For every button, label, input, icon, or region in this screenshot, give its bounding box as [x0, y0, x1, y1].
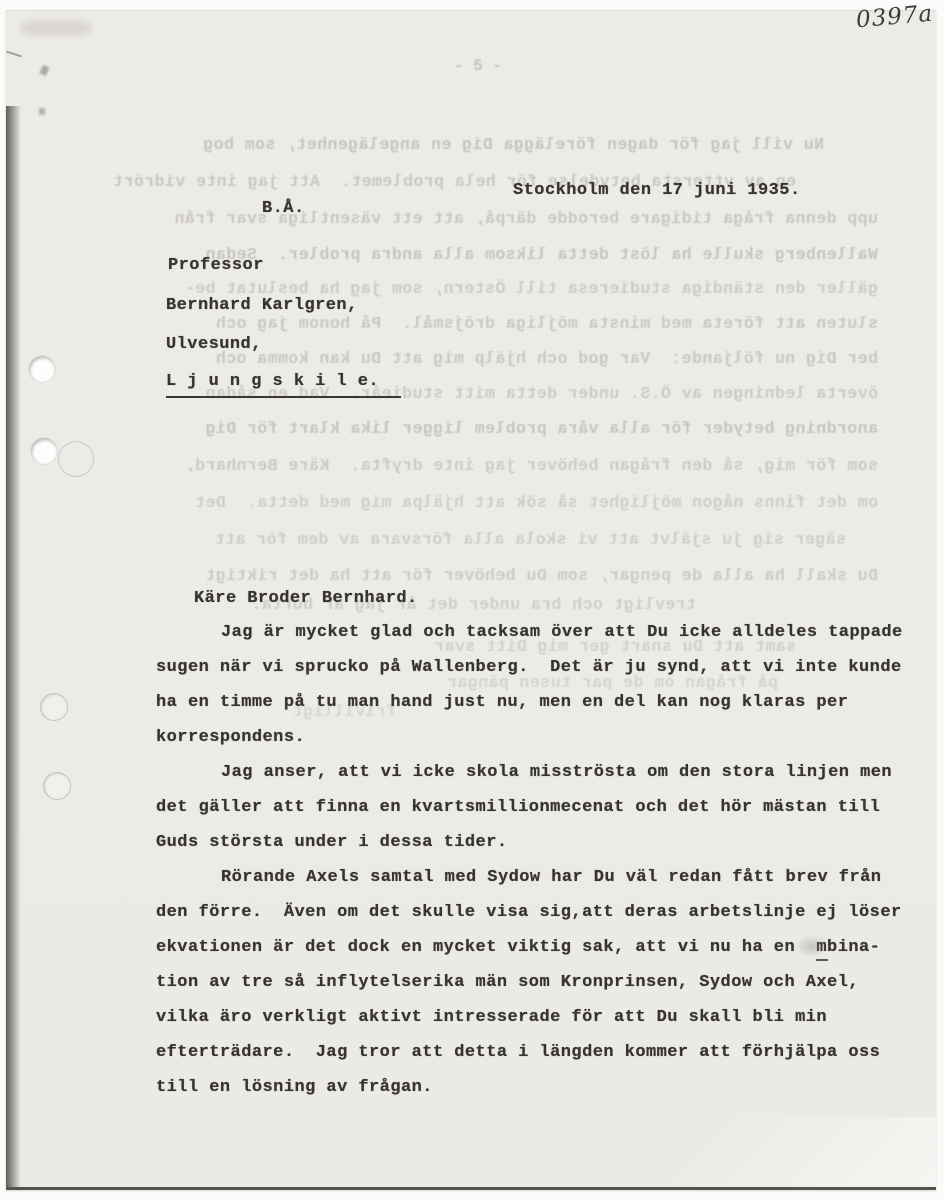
- erased-letters-smudge: [794, 935, 830, 957]
- punch-hole: [31, 438, 57, 464]
- punch-hole: [29, 356, 55, 382]
- bleedthrough-line: Du skall ha alla de pengar, som Du behöv…: [205, 566, 878, 586]
- bleedthrough-line: som för mig, så den frågan behöver jag i…: [184, 456, 878, 476]
- scratch-mark: [6, 51, 22, 57]
- bleedthrough-line: anordning betyder för alla våra problem …: [205, 419, 878, 439]
- paper-sheet: - 5 - Nu vill jag för dagen förelägga Di…: [6, 10, 936, 1190]
- bleedthrough-line: säger sig ju självt att vi skola alla fö…: [215, 530, 846, 550]
- typed-line: ekvationen är det dock en mycket viktig …: [156, 938, 880, 958]
- typed-line: ha en timme på tu man hand just nu, men …: [156, 693, 848, 713]
- typed-line: Ulvesund,: [166, 335, 262, 355]
- typed-line: Professor: [168, 256, 264, 276]
- typed-line: Jag är mycket glad och tacksam över att …: [221, 623, 903, 643]
- typed-line: Stockholm den 17 juni 1935.: [513, 181, 801, 201]
- typed-line: vilka äro verkligt aktivt intresserade f…: [156, 1008, 827, 1028]
- typed-line: Bernhard Karlgren,: [166, 296, 358, 316]
- correction-underline: [816, 959, 828, 961]
- bleedthrough-line: Wallenberg skulle ha löst detta liksom a…: [205, 245, 878, 265]
- typed-line: korrespondens.: [156, 728, 305, 748]
- paper-sheen: [606, 1117, 936, 1187]
- typed-line: tion av tre så inflytelserika män som Kr…: [156, 973, 859, 993]
- bleedthrough-line: ber Dig nu följande: Var god och hjälp m…: [215, 349, 878, 369]
- typed-line: det gäller att finna en kvartsmillionmec…: [156, 798, 880, 818]
- typed-line: L j u n g s k i l e.: [166, 372, 401, 398]
- bleedthrough-line: sluten att företa med minsta möjliga drö…: [215, 314, 878, 334]
- punch-hole-faint: [43, 772, 71, 800]
- typed-line: Käre Broder Bernhard.: [194, 589, 418, 609]
- typed-line: sugen när vi sprucko på Wallenberg. Det …: [156, 658, 902, 678]
- typed-line: Jag anser, att vi icke skola misströsta …: [221, 763, 892, 783]
- typed-line: efterträdare. Jag tror att detta i längd…: [156, 1043, 880, 1063]
- scan-edge-shadow: [6, 106, 21, 1187]
- punch-hole-ghost-ring: [58, 441, 94, 477]
- stamp-smudge: [20, 20, 92, 36]
- typed-line: till en lösning av frågan.: [156, 1078, 433, 1098]
- punch-hole-faint: [40, 693, 68, 721]
- typed-line: B.Å.: [262, 199, 305, 219]
- typed-line: Guds största under i dessa tider.: [156, 833, 508, 853]
- bleedthrough-line: Nu vill jag för dagen förelägga Dig en a…: [203, 135, 824, 155]
- page-number: - 5 -: [454, 57, 502, 75]
- bleedthrough-line: om det finns någon möjlighet så sök att …: [195, 493, 878, 513]
- scanned-letter-page: - 5 - Nu vill jag för dagen förelägga Di…: [0, 0, 945, 1200]
- typed-line: Rörande Axels samtal med Sydow har Du vä…: [221, 868, 881, 888]
- pencil-mark: [39, 108, 45, 115]
- pencil-mark: [39, 65, 49, 76]
- typed-line: den förre. Även om det skulle visa sig,a…: [156, 903, 902, 923]
